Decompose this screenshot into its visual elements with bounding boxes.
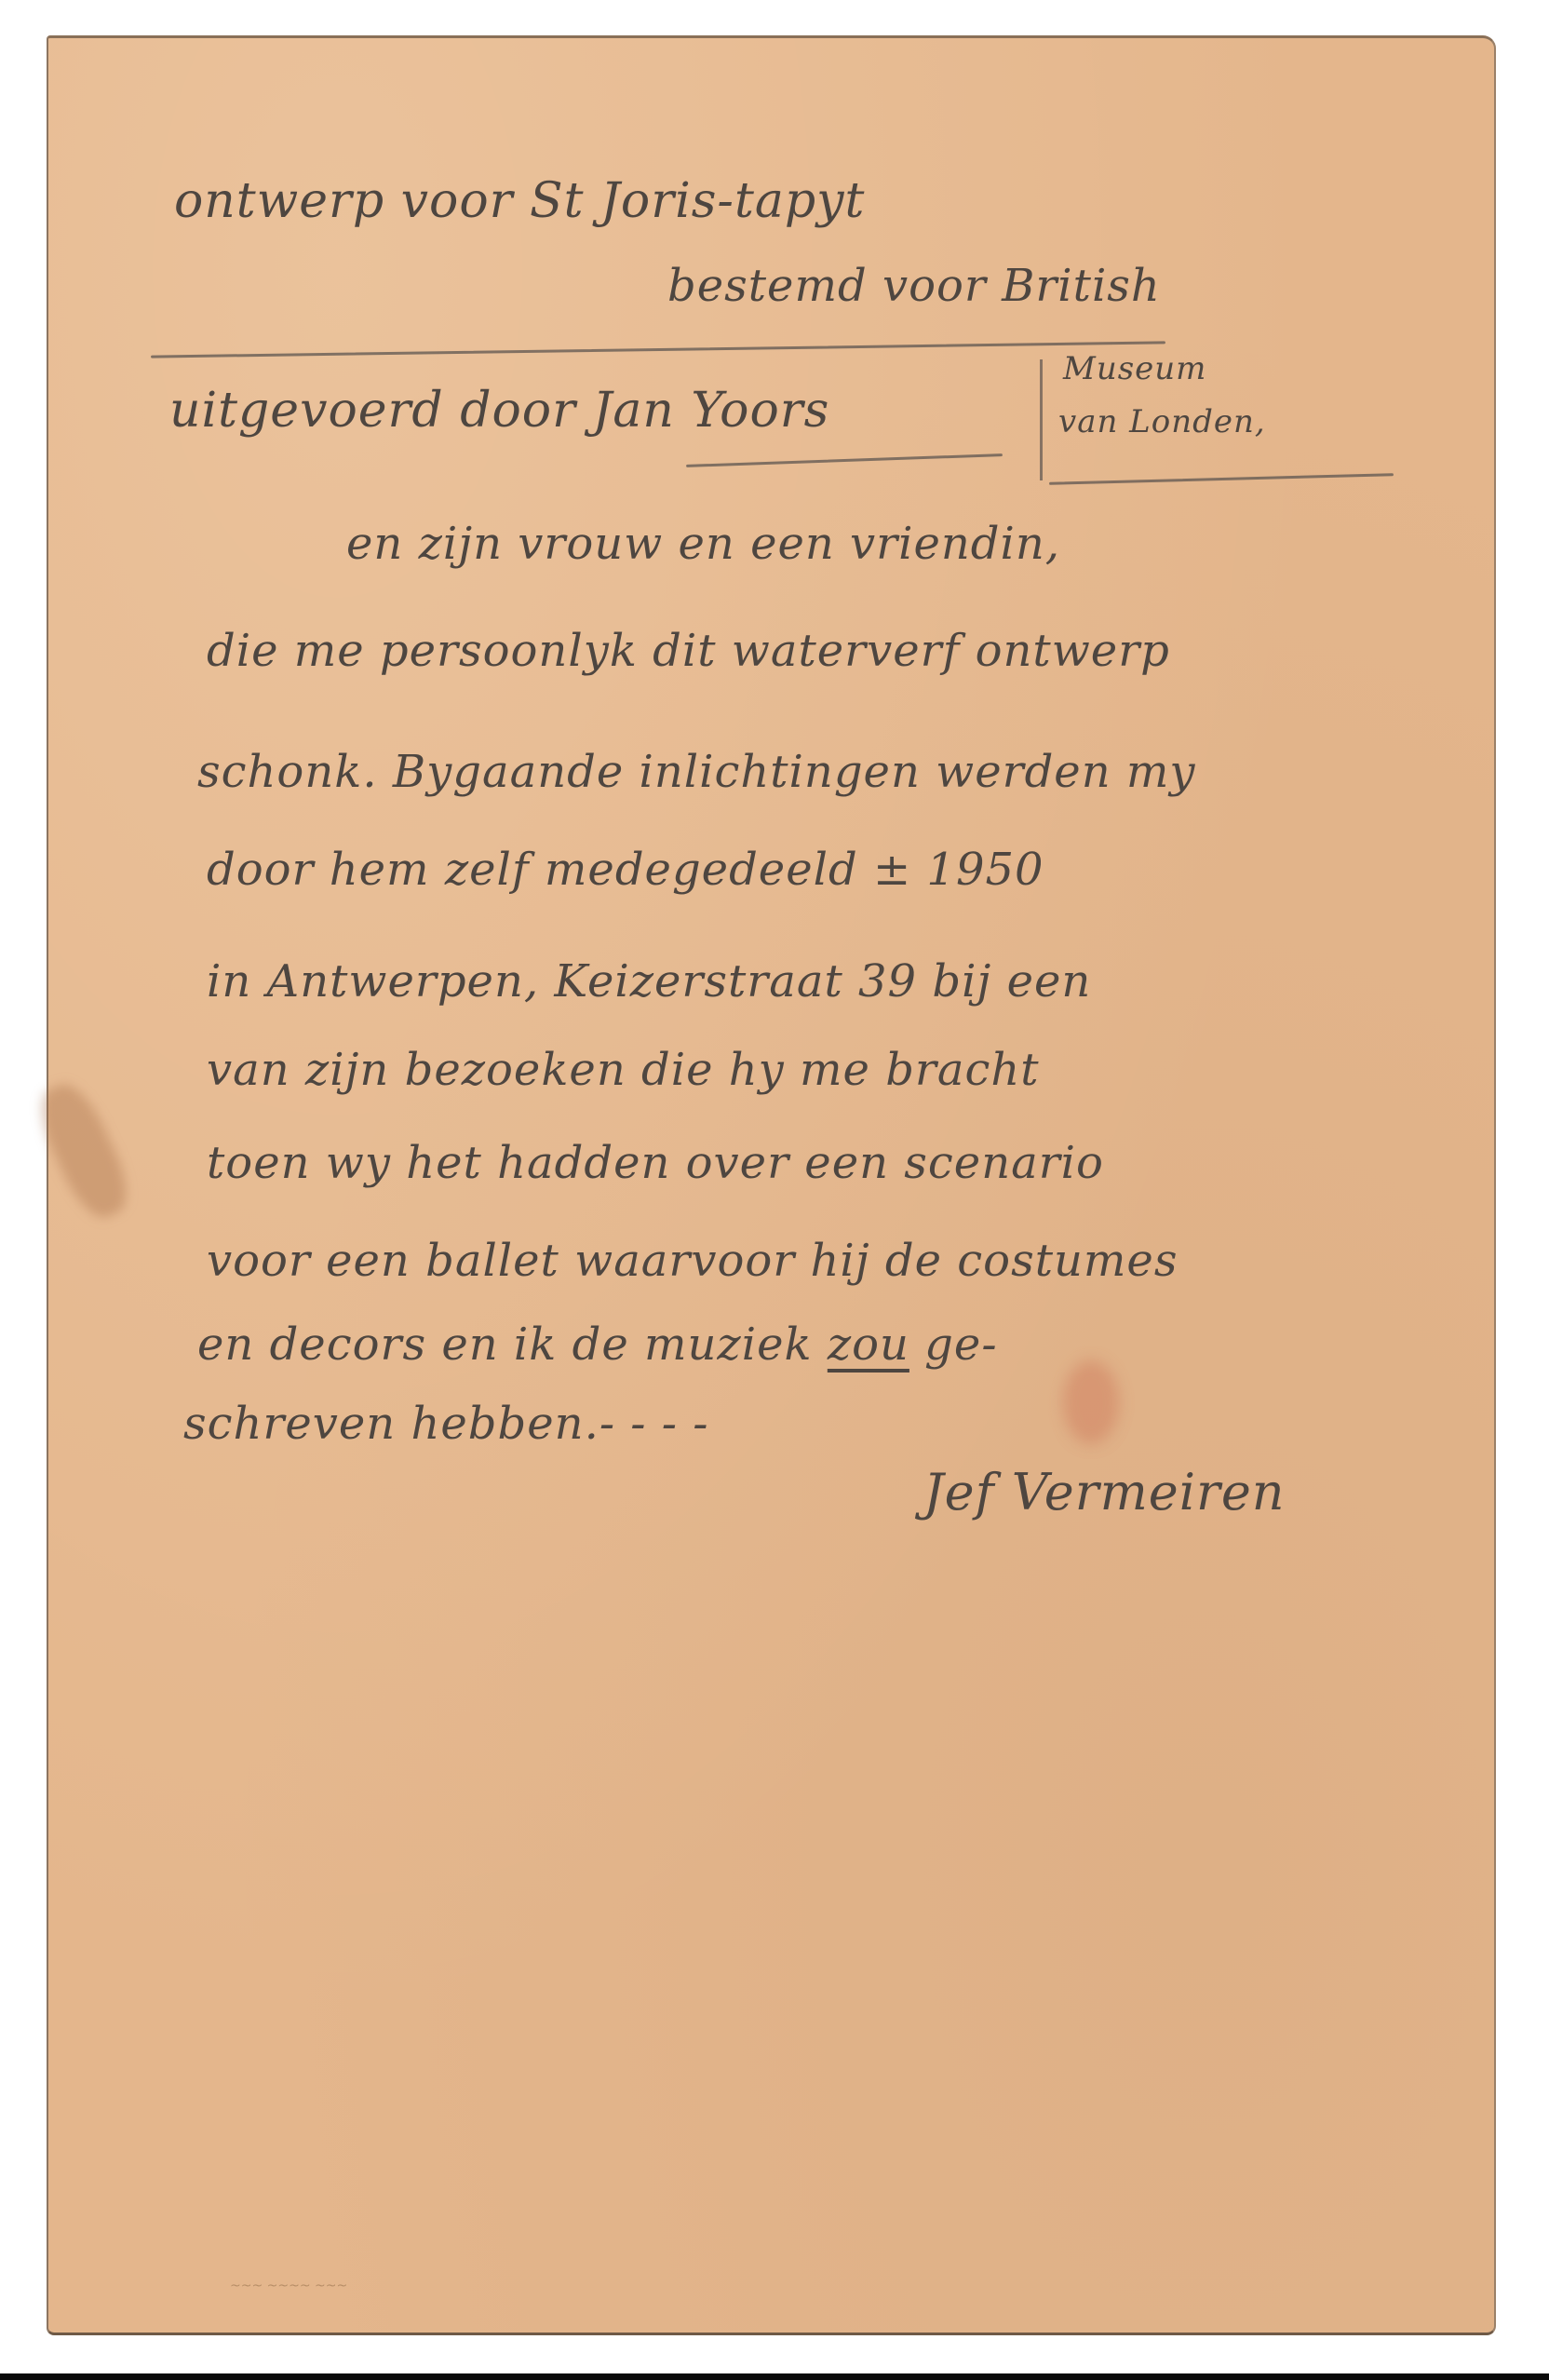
heading-line-1: ontwerp voor St Joris-tapyt	[174, 173, 865, 229]
museum-text: Museum	[1063, 350, 1206, 387]
body-line: voor een ballet waarvoor hij de costumes	[207, 1235, 1178, 1287]
underlined-word: zou	[828, 1318, 909, 1371]
stain-mark	[29, 1075, 139, 1225]
heading-line-2: bestemd voor British	[667, 260, 1161, 312]
scan-edge	[0, 2373, 1549, 2380]
body-line: die me persoonlyk dit waterverf ontwerp	[207, 625, 1170, 677]
london-text: van Londen,	[1058, 403, 1266, 440]
body-line: en decors en ik de muziek zou ge-	[197, 1318, 998, 1371]
body-line: door hem zelf medegedeeld ± 1950	[207, 844, 1044, 896]
postcard: ontwerp voor St Joris-tapyt bestemd voor…	[47, 35, 1496, 2335]
body-line: in Antwerpen, Keizerstraat 39 bij een	[207, 955, 1091, 1007]
faint-marks: ~~~ ~~~~ ~~~	[230, 2279, 347, 2293]
executed-by-text: uitgevoerd door	[169, 383, 593, 439]
heading-line-3: uitgevoerd door Jan Yoors	[169, 383, 829, 439]
body-line: schreven hebben.- - - -	[183, 1398, 708, 1450]
body-line: schonk. Bygaande inlichtingen werden my	[197, 746, 1196, 798]
body-line-text: en decors en ik de muziek	[197, 1318, 828, 1371]
red-stain-mark	[1063, 1360, 1119, 1444]
body-line: en zijn vrouw en een vriendin,	[346, 518, 1060, 570]
bracket-line	[1040, 359, 1043, 480]
body-line: van zijn bezoeken die hy me bracht	[207, 1044, 1040, 1096]
heading-rule	[151, 341, 1165, 358]
artist-name: Jan Yoors	[593, 383, 830, 439]
body-line: toen wy het hadden over een scenario	[207, 1137, 1104, 1189]
body-line-text: ge-	[909, 1318, 998, 1371]
museum-underline	[1049, 473, 1394, 485]
signature: Jef Vermeiren	[923, 1463, 1286, 1521]
artist-name-underline	[686, 453, 1003, 467]
